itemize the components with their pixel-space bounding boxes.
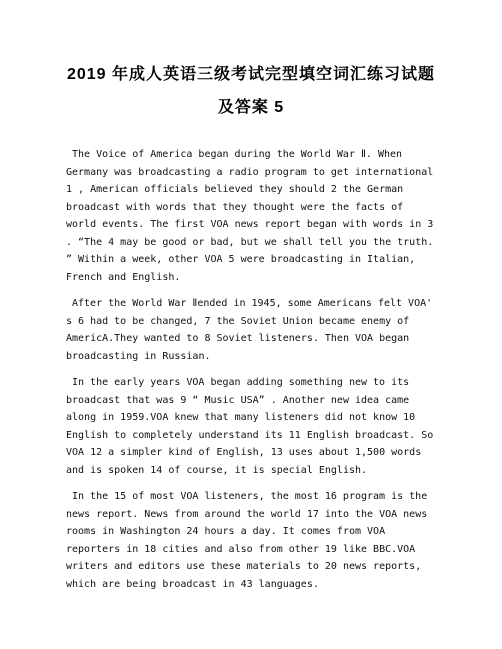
paragraph-voa-intro: The Voice of America began during the Wo… bbox=[66, 146, 436, 286]
paragraph-music-usa: In the early years VOA began adding some… bbox=[66, 374, 436, 479]
document-title: 2019 年成人英语三级考试完型填空词汇练习试题及答案 5 bbox=[62, 58, 440, 124]
paragraph-news-report: In the 15 of most VOA listeners, the mos… bbox=[66, 488, 436, 593]
document-body: The Voice of America began during the Wo… bbox=[66, 146, 436, 593]
paragraph-postwar: After the World War Ⅱended in 1945, some… bbox=[66, 295, 436, 365]
document-page: 2019 年成人英语三级考试完型填空词汇练习试题及答案 5 The Voice … bbox=[0, 0, 502, 649]
